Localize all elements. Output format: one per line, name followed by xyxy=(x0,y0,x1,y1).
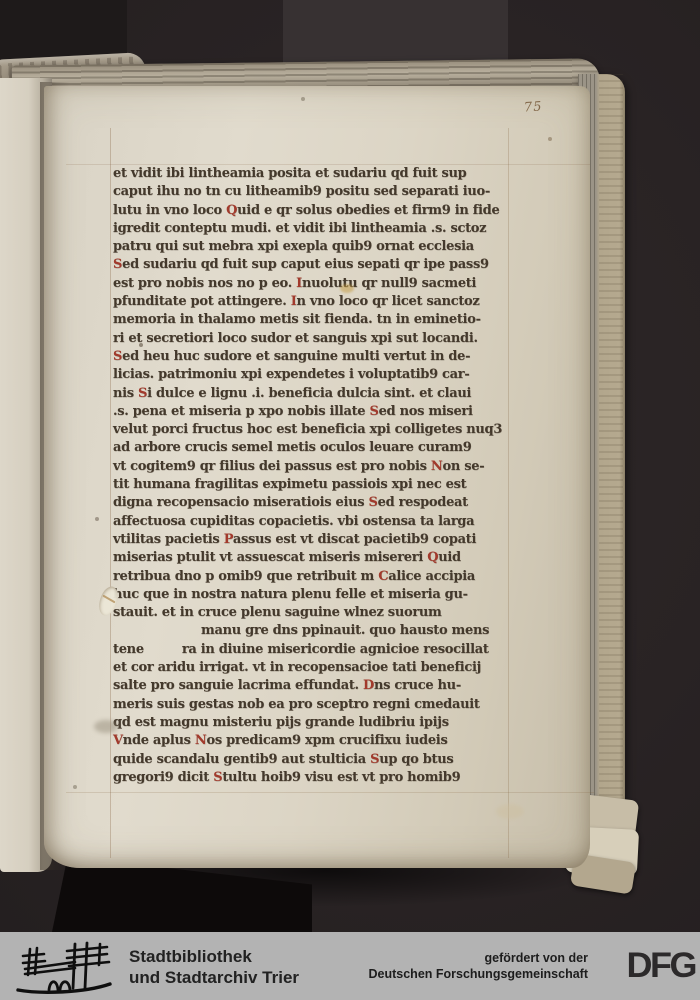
parchment-stain xyxy=(496,804,524,819)
manuscript-line: Sed heu huc sudore et sanguine multi ver… xyxy=(113,348,525,366)
manuscript-line: pfunditate pot attingere. In vno loco qr… xyxy=(113,293,525,311)
manuscript-line: est pro nobis nos no p eo. Inuolutu qr n… xyxy=(113,275,525,293)
text-segment: huc que in nostra natura plenu felle et … xyxy=(113,587,468,602)
manuscript-line: vtilitas pacietis Passus est vt discat p… xyxy=(113,531,525,549)
text-segment: caput ihu no tn cu litheamib9 positu sed… xyxy=(113,184,490,199)
text-segment: salte pro sanguie lacrima effundat. xyxy=(113,678,363,693)
manuscript-line: igredit conteptu mudi. et vidit ibi lint… xyxy=(113,220,525,238)
manuscript-line: patru qui sut mebra xpi exepla quib9 orn… xyxy=(113,238,525,256)
text-segment: lutu in vno loco xyxy=(113,203,226,218)
manuscript-line: manu gre dns ppinauit. quo hausto mens xyxy=(113,622,525,640)
ruling-line-horizontal-bottom xyxy=(66,792,594,793)
text-segment: tultu hoib9 visu est vt pro homib9 xyxy=(222,770,460,785)
rubricated-letter: P xyxy=(224,532,233,547)
manuscript-line: vt cogitem9 qr filius dei passus est pro… xyxy=(113,458,525,476)
manuscript-line: qd est magnu misteriu pijs grande ludibr… xyxy=(113,714,525,732)
rubricated-letter: S xyxy=(113,349,122,364)
text-segment: et vidit ibi lintheamia posita et sudari… xyxy=(113,166,466,181)
manuscript-line: miserias ptulit vt assuescat miseris mis… xyxy=(113,549,525,567)
text-segment: os predicam9 xpm crucifixu iudeis xyxy=(206,733,447,748)
manuscript-line: tene ra in diuine misericordie agnicioe … xyxy=(113,641,525,659)
manuscript-line: .s. pena et miseria p xpo nobis illate S… xyxy=(113,403,525,421)
manuscript-text: et vidit ibi lintheamia posita et sudari… xyxy=(113,165,525,787)
text-segment: tit humana fragilitas expimetu passiois … xyxy=(113,477,466,492)
text-segment: nis xyxy=(113,386,138,401)
text-segment: ns cruce hu- xyxy=(374,678,461,693)
text-segment: digna recopensacio miseratiois eius xyxy=(113,495,369,510)
rubricated-letter: S xyxy=(138,386,147,401)
parchment-smudge xyxy=(94,720,118,733)
text-segment: vt cogitem9 qr filius dei passus est pro… xyxy=(113,459,431,474)
library-name-line1: Stadtbibliothek xyxy=(129,946,299,967)
text-segment: gregori9 dicit xyxy=(113,770,213,785)
manuscript-line: salte pro sanguie lacrima effundat. Dns … xyxy=(113,677,525,695)
text-segment: nde aplus xyxy=(123,733,195,748)
manuscript-line: et vidit ibi lintheamia posita et sudari… xyxy=(113,165,525,183)
text-segment: up qo btus xyxy=(379,752,453,767)
text-segment: assus est vt discat pacietib9 copati xyxy=(233,532,476,547)
library-name-line2: und Stadtarchiv Trier xyxy=(129,967,299,988)
manuscript-line: quide scandalu gentib9 aut stulticia Sup… xyxy=(113,751,525,769)
rubricated-letter: Q xyxy=(427,550,438,565)
stadtbibliothek-trier-logo-icon xyxy=(12,940,114,996)
manuscript-line: caput ihu no tn cu litheamib9 positu sed… xyxy=(113,183,525,201)
text-segment: quide scandalu gentib9 aut stulticia xyxy=(113,752,370,767)
text-segment: ed heu huc sudore et sanguine multi vert… xyxy=(122,349,470,364)
manuscript-line: velut porci fructus hoc est beneficia xp… xyxy=(113,421,525,439)
rubricated-letter: S xyxy=(370,752,379,767)
rubricated-letter: V xyxy=(113,733,123,748)
dfg-logo: DFG xyxy=(627,944,696,985)
text-segment: vtilitas pacietis xyxy=(113,532,224,547)
text-segment: affectuosa cupiditas copacietis. vbi ost… xyxy=(113,514,474,529)
funding-line2: Deutschen Forschungsgemeinschaft xyxy=(369,967,589,983)
text-segment: qd est magnu misteriu pijs grande ludibr… xyxy=(113,715,449,730)
text-segment: ed nos miseri xyxy=(379,404,473,419)
scan-viewport: 75 et vidit ibi lintheamia posita et sud… xyxy=(0,0,700,1000)
text-segment: i dulce e lignu .i. beneficia dulcia sin… xyxy=(147,386,471,401)
funding-credit: gefördert von der Deutschen Forschungsge… xyxy=(369,951,589,982)
text-segment: tene ra in diuine misericordie agnicioe … xyxy=(113,642,489,657)
background-panel xyxy=(283,0,508,66)
text-segment: est pro nobis nos no p eo. xyxy=(113,276,296,291)
text-segment: stauit. et in cruce plenu saguine wlnez … xyxy=(113,605,442,620)
text-segment: et cor aridu irrigat. vt in recopensacio… xyxy=(113,660,481,675)
funding-line1: gefördert von der xyxy=(369,951,589,967)
manuscript-line: nis Si dulce e lignu .i. beneficia dulci… xyxy=(113,385,525,403)
manuscript-line: et cor aridu irrigat. vt in recopensacio… xyxy=(113,659,525,677)
manuscript-line: gregori9 dicit Stultu hoib9 visu est vt … xyxy=(113,769,525,787)
text-segment: ed sudariu qd fuit sup caput eius sepati… xyxy=(122,257,489,272)
rubricated-letter: N xyxy=(431,459,443,474)
rubricated-letter: S xyxy=(369,404,378,419)
text-segment: alice accipia xyxy=(388,569,475,584)
manuscript-line: ad arbore crucis semel metis oculos leua… xyxy=(113,439,525,457)
text-segment: miserias ptulit vt assuescat miseris mis… xyxy=(113,550,427,565)
text-segment: manu gre dns ppinauit. quo hausto mens xyxy=(201,623,489,638)
text-segment: meris suis gestas nob ea pro sceptro reg… xyxy=(113,697,480,712)
photo-background: 75 et vidit ibi lintheamia posita et sud… xyxy=(0,0,700,932)
manuscript-line: retribua dno p omib9 que retribuit m Cal… xyxy=(113,568,525,586)
text-segment: igredit conteptu mudi. et vidit ibi lint… xyxy=(113,221,486,236)
text-segment: nuolutu qr null9 sacmeti xyxy=(302,276,476,291)
rubricated-letter: C xyxy=(378,569,388,584)
text-segment: on se- xyxy=(443,459,485,474)
manuscript-line: affectuosa cupiditas copacietis. vbi ost… xyxy=(113,513,525,531)
rubricated-letter: Q xyxy=(226,203,237,218)
manuscript-line: huc que in nostra natura plenu felle et … xyxy=(113,586,525,604)
manuscript-line: licias. patrimoniu xpi expendetes i volu… xyxy=(113,366,525,384)
manuscript-line: ri et secretiori loco sudor et sanguis x… xyxy=(113,330,525,348)
ruling-line-vertical-left xyxy=(110,128,111,858)
text-segment: retribua dno p omib9 que retribuit m xyxy=(113,569,378,584)
parchment-stain xyxy=(340,284,354,293)
fore-edge-texture xyxy=(599,74,623,880)
manuscript-line: meris suis gestas nob ea pro sceptro reg… xyxy=(113,696,525,714)
manuscript-page: 75 et vidit ibi lintheamia posita et sud… xyxy=(44,86,590,868)
text-segment: .s. pena et miseria p xpo nobis illate xyxy=(113,404,369,419)
text-segment: licias. patrimoniu xpi expendetes i volu… xyxy=(113,367,469,382)
text-segment: patru qui sut mebra xpi exepla quib9 orn… xyxy=(113,239,474,254)
text-segment: n vno loco qr licet sanctoz xyxy=(296,294,479,309)
rubricated-letter: S xyxy=(113,257,122,272)
manuscript-line: lutu in vno loco Quid e qr solus obedies… xyxy=(113,202,525,220)
text-segment: ed respodeat xyxy=(378,495,468,510)
rubricated-letter: D xyxy=(363,678,374,693)
rubricated-letter: N xyxy=(195,733,207,748)
text-segment: ri et secretiori loco sudor et sanguis x… xyxy=(113,331,478,346)
manuscript-line: tit humana fragilitas expimetu passiois … xyxy=(113,476,525,494)
rubricated-letter: S xyxy=(213,770,222,785)
text-segment: velut porci fructus hoc est beneficia xp… xyxy=(113,422,502,437)
text-segment: uid xyxy=(438,550,461,565)
parchment-specks xyxy=(44,86,46,88)
manuscript-line: stauit. et in cruce plenu saguine wlnez … xyxy=(113,604,525,622)
manuscript-line: digna recopensacio miseratiois eius Sed … xyxy=(113,494,525,512)
text-segment: memoria in thalamo metis sit fienda. tn … xyxy=(113,312,481,327)
text-segment: pfunditate pot attingere. xyxy=(113,294,291,309)
manuscript-line: memoria in thalamo metis sit fienda. tn … xyxy=(113,311,525,329)
library-name: Stadtbibliothek und Stadtarchiv Trier xyxy=(129,946,299,988)
text-segment: uid e qr solus obedies et firm9 in fide xyxy=(237,203,499,218)
folio-number: 75 xyxy=(523,99,543,115)
manuscript-line: Sed sudariu qd fuit sup caput eius sepat… xyxy=(113,256,525,274)
manuscript-line: Vnde aplus Nos predicam9 xpm crucifixu i… xyxy=(113,732,525,750)
rubricated-letter: S xyxy=(369,495,378,510)
text-segment: ad arbore crucis semel metis oculos leua… xyxy=(113,440,472,455)
